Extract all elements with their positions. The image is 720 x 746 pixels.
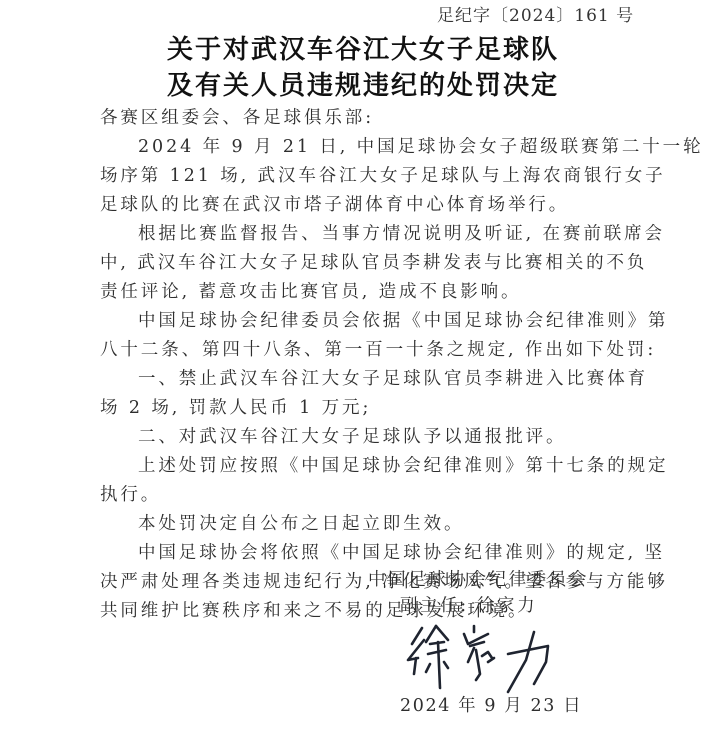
- body-line: 执行。: [100, 481, 630, 510]
- body-line: 2024 年 9 月 21 日, 中国足球协会女子超级联赛第二十一轮: [100, 133, 630, 162]
- signature-icon: [400, 618, 570, 696]
- penalty-item-1: 一、禁止武汉车谷江大女子足球队官员李耕进入比赛体育: [100, 365, 630, 394]
- salutation: 各赛区组委会、各足球俱乐部:: [100, 104, 630, 133]
- body-line: 中, 武汉车谷江大女子足球队官员李耕发表与比赛相关的不负: [100, 249, 630, 278]
- body-line: 中国足球协会纪律委员会依据《中国足球协会纪律准则》第: [100, 307, 630, 336]
- body-line: 上述处罚应按照《中国足球协会纪律准则》第十七条的规定: [100, 452, 630, 481]
- document-number: 足纪字〔2024〕161 号: [437, 5, 637, 27]
- body-line: 根据比赛监督报告、当事方情况说明及听证, 在赛前联席会: [100, 220, 630, 249]
- issuing-committee: 中国足球协会纪律委员会: [368, 566, 589, 594]
- document-title-line-2: 及有关人员违规违纪的处罚决定: [3, 69, 720, 103]
- document-body: 各赛区组委会、各足球俱乐部: 2024 年 9 月 21 日, 中国足球协会女子…: [100, 104, 630, 626]
- body-line: 场序第 121 场, 武汉车谷江大女子足球队与上海农商银行女子: [100, 162, 630, 191]
- body-line: 责任评论, 蓄意攻击比赛官员, 造成不良影响。: [100, 278, 630, 307]
- penalty-item-2: 二、对武汉车谷江大女子足球队予以通报批评。: [100, 423, 630, 452]
- body-line: 中国足球协会将依照《中国足球协会纪律准则》的规定, 坚: [100, 539, 630, 568]
- issue-date: 2024 年 9 月 23 日: [400, 692, 582, 720]
- document-title-line-1: 关于对武汉车谷江大女子足球队: [3, 33, 720, 67]
- handwritten-signature: [400, 618, 570, 696]
- body-line: 八十二条、第四十八条、第一百一十条之规定, 作出如下处罚:: [100, 336, 630, 365]
- vice-director-line: 副主任: 徐家力: [400, 592, 537, 620]
- body-line: 足球队的比赛在武汉市塔子湖体育中心体育场举行。: [100, 191, 630, 220]
- body-line: 本处罚决定自公布之日起立即生效。: [100, 510, 630, 539]
- body-line: 场 2 场, 罚款人民币 1 万元;: [100, 394, 630, 423]
